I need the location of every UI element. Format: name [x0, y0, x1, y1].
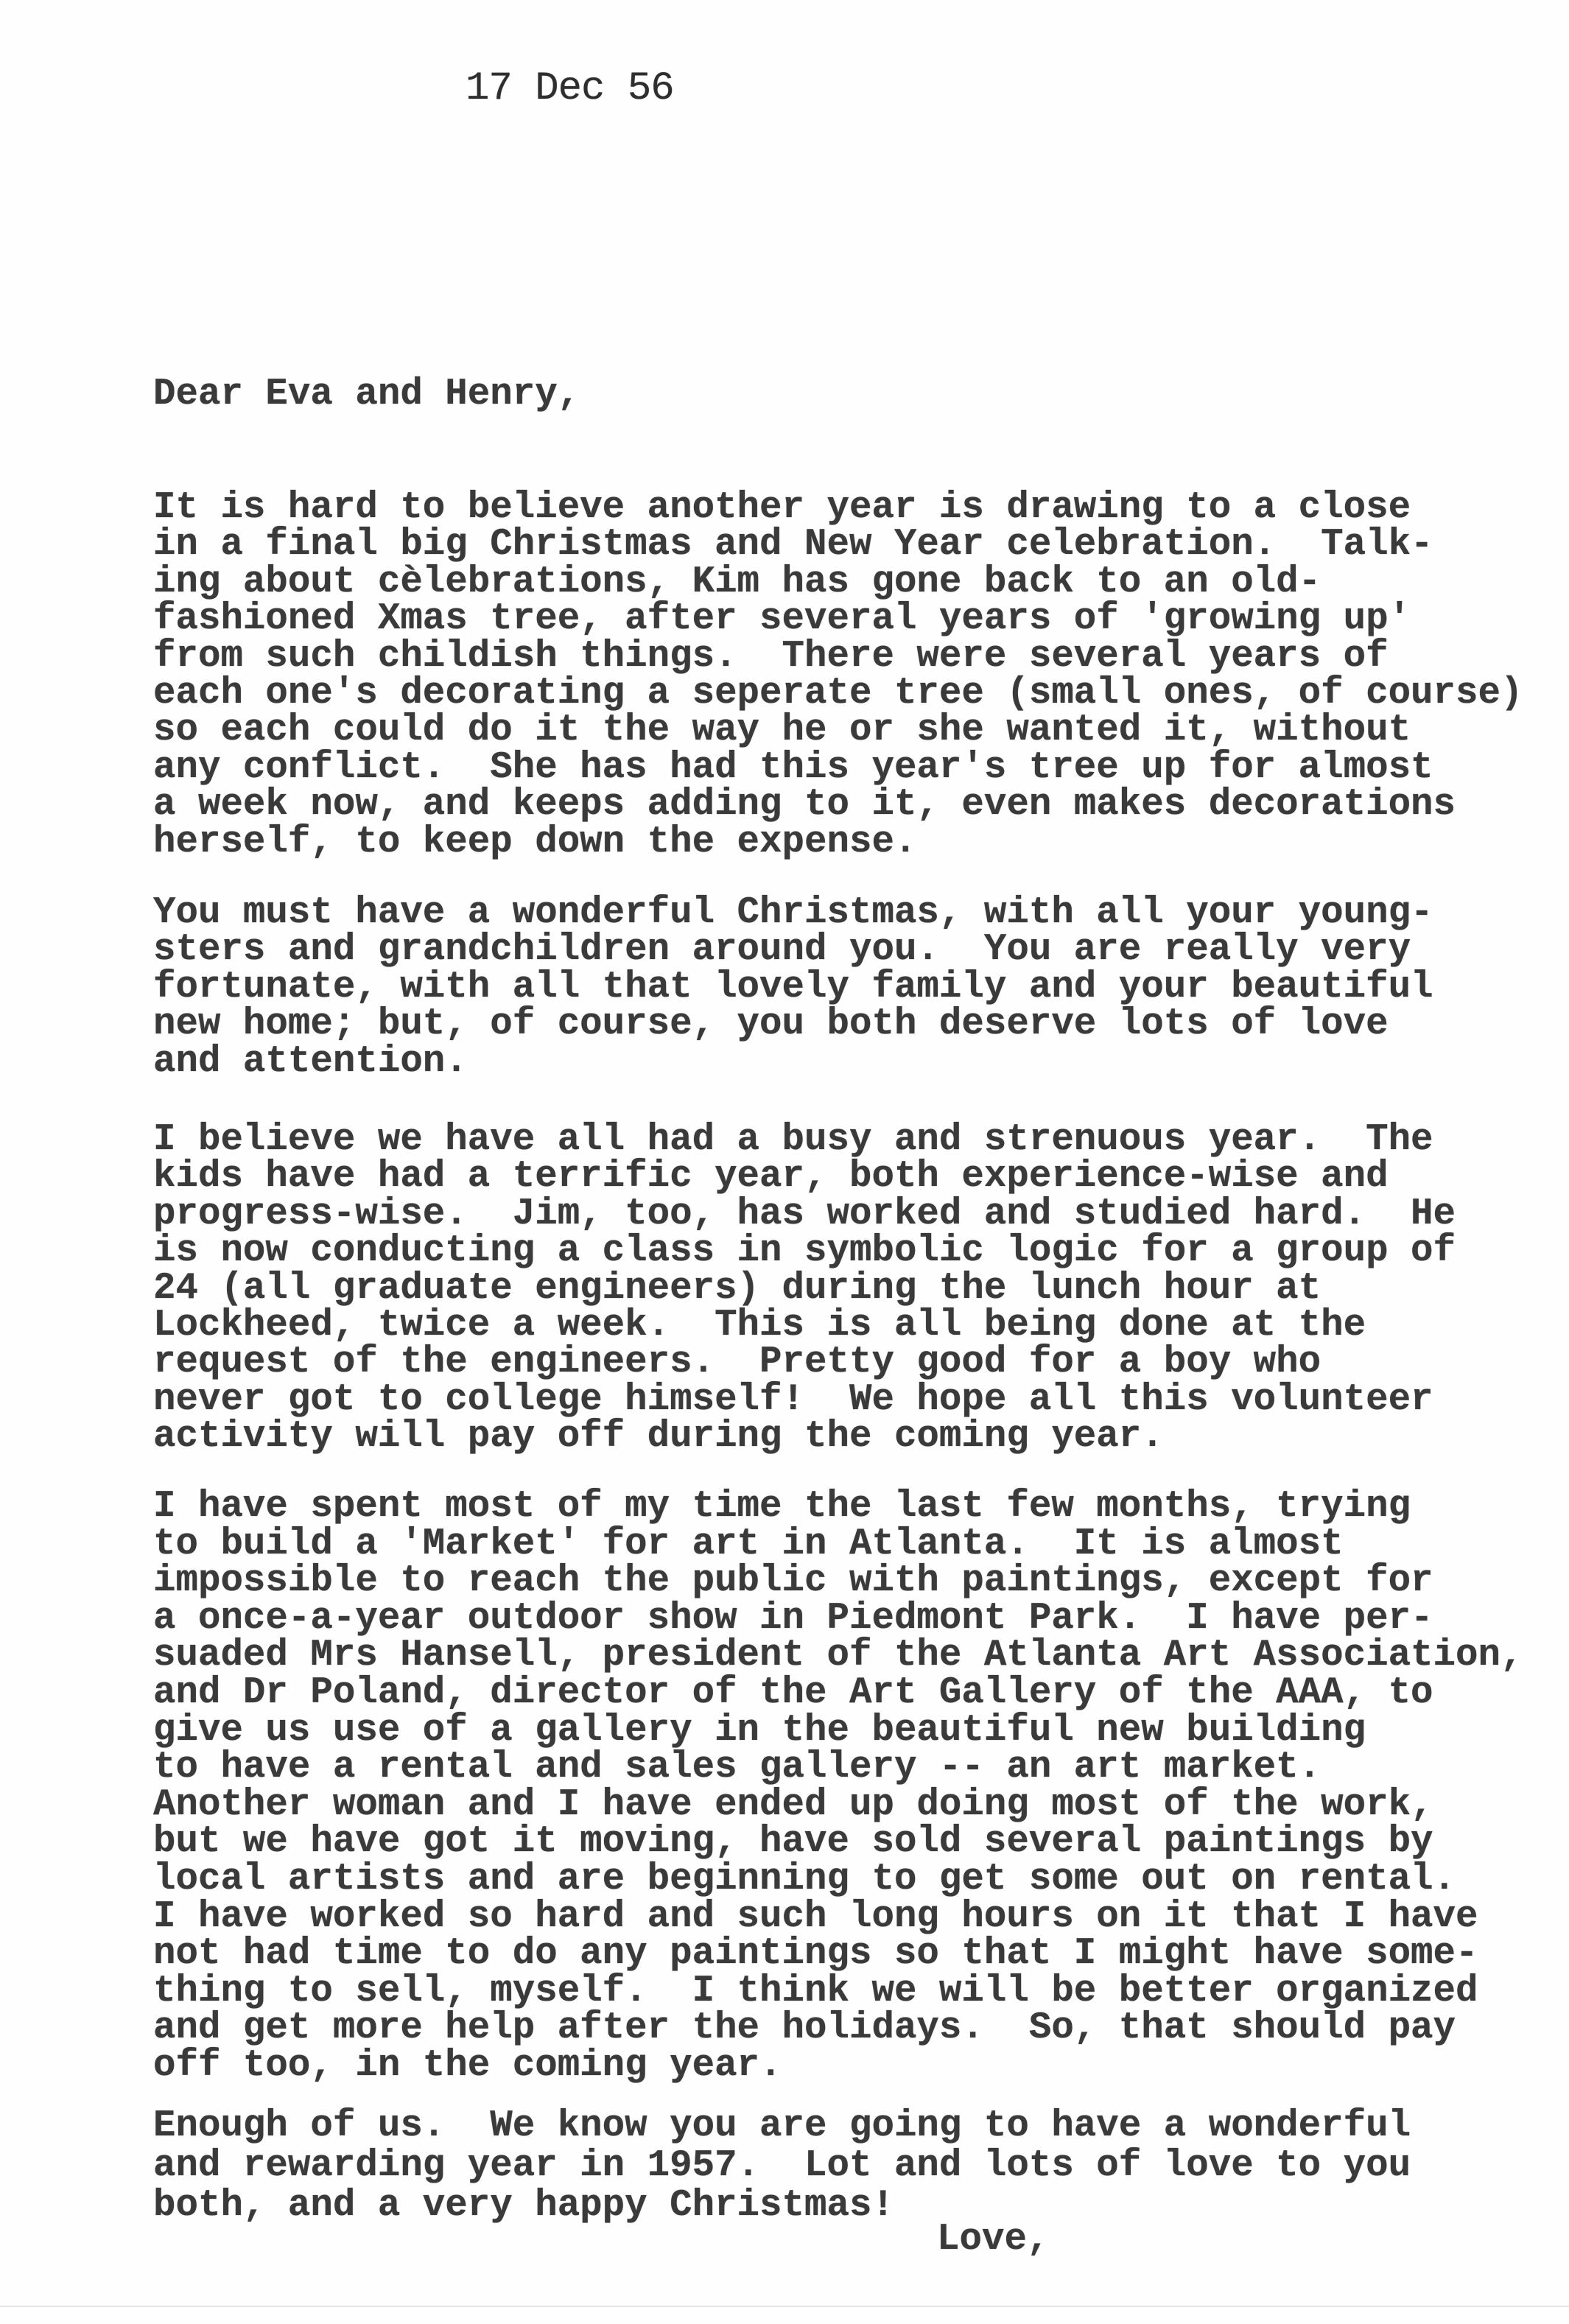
text-line: I believe we have all had a busy and str… — [153, 1122, 1456, 1159]
text-line: herself, to keep down the expense. — [153, 824, 1523, 861]
text-line: fortunate, with all that lovely family a… — [153, 969, 1433, 1006]
paragraph-1: It is hard to believe another year is dr… — [153, 490, 1523, 861]
text-line: request of the engineers. Pretty good fo… — [153, 1344, 1456, 1381]
text-line: Another woman and I have ended up doing … — [153, 1787, 1523, 1825]
text-line: so each could do it the way he or she wa… — [153, 712, 1523, 749]
text-line: to build a 'Market' for art in Atlanta. … — [153, 1526, 1523, 1564]
text-line: and rewarding year in 1957. Lot and lots… — [153, 2148, 1411, 2188]
salutation: Dear Eva and Henry, — [153, 376, 580, 413]
text-line: to have a rental and sales gallery -- an… — [153, 1749, 1523, 1787]
text-line: suaded Mrs Hansell, president of the Atl… — [153, 1637, 1523, 1675]
letter-page: 17 Dec 56 Dear Eva and Henry, It is hard… — [0, 0, 1569, 2324]
text-line: You must have a wonderful Christmas, wit… — [153, 895, 1433, 932]
text-line: from such childish things. There were se… — [153, 639, 1523, 675]
text-line: a week now, and keeps adding to it, even… — [153, 787, 1523, 824]
paragraph-3: I believe we have all had a busy and str… — [153, 1122, 1456, 1456]
text-line: not had time to do any paintings so that… — [153, 1936, 1523, 1973]
text-line: any conflict. She has had this year's tr… — [153, 750, 1523, 787]
paragraph-2: You must have a wonderful Christmas, wit… — [153, 895, 1433, 1081]
text-line: both, and a very happy Christmas! — [153, 2188, 1411, 2228]
text-line: but we have got it moving, have sold sev… — [153, 1824, 1523, 1861]
text-line: a once-a-year outdoor show in Piedmont P… — [153, 1601, 1523, 1638]
text-line: ing about cèlebrations, Kim has gone bac… — [153, 564, 1523, 601]
text-line: new home; but, of course, you both deser… — [153, 1006, 1433, 1043]
text-line: give us use of a gallery in the beautifu… — [153, 1713, 1523, 1750]
paragraph-4: I have spent most of my time the last fe… — [153, 1489, 1523, 2085]
text-line: never got to college himself! We hope al… — [153, 1382, 1456, 1419]
text-line: and attention. — [153, 1044, 1433, 1081]
text-line: I have spent most of my time the last fe… — [153, 1489, 1523, 1526]
closing: Love, — [937, 2222, 1049, 2258]
text-line: and get more help after the holidays. So… — [153, 2010, 1523, 2048]
text-line: kids have had a terrific year, both expe… — [153, 1159, 1456, 1196]
text-line: fashioned Xmas tree, after several years… — [153, 601, 1523, 638]
text-line: in a final big Christmas and New Year ce… — [153, 527, 1523, 564]
text-line: Lockheed, twice a week. This is all bein… — [153, 1307, 1456, 1344]
text-line: is now conducting a class in symbolic lo… — [153, 1233, 1456, 1270]
text-line: Enough of us. We know you are going to h… — [153, 2108, 1411, 2148]
text-line: each one's decorating a seperate tree (s… — [153, 675, 1523, 712]
letter-date: 17 Dec 56 — [466, 71, 674, 108]
text-line: It is hard to believe another year is dr… — [153, 490, 1523, 527]
text-line: local artists and are beginning to get s… — [153, 1861, 1523, 1899]
text-line: 24 (all graduate engineers) during the l… — [153, 1271, 1456, 1307]
text-line: sters and grandchildren around you. You … — [153, 932, 1433, 969]
text-line: activity will pay off during the coming … — [153, 1419, 1456, 1456]
text-line: and Dr Poland, director of the Art Galle… — [153, 1675, 1523, 1713]
text-line: impossible to reach the public with pain… — [153, 1563, 1523, 1601]
paragraph-5: Enough of us. We know you are going to h… — [153, 2108, 1411, 2228]
text-line: thing to sell, myself. I think we will b… — [153, 1973, 1523, 2011]
text-line: progress-wise. Jim, too, has worked and … — [153, 1196, 1456, 1233]
text-line: off too, in the coming year. — [153, 2048, 1523, 2085]
page-edge-divider — [0, 2306, 1569, 2307]
text-line: I have worked so hard and such long hour… — [153, 1899, 1523, 1937]
